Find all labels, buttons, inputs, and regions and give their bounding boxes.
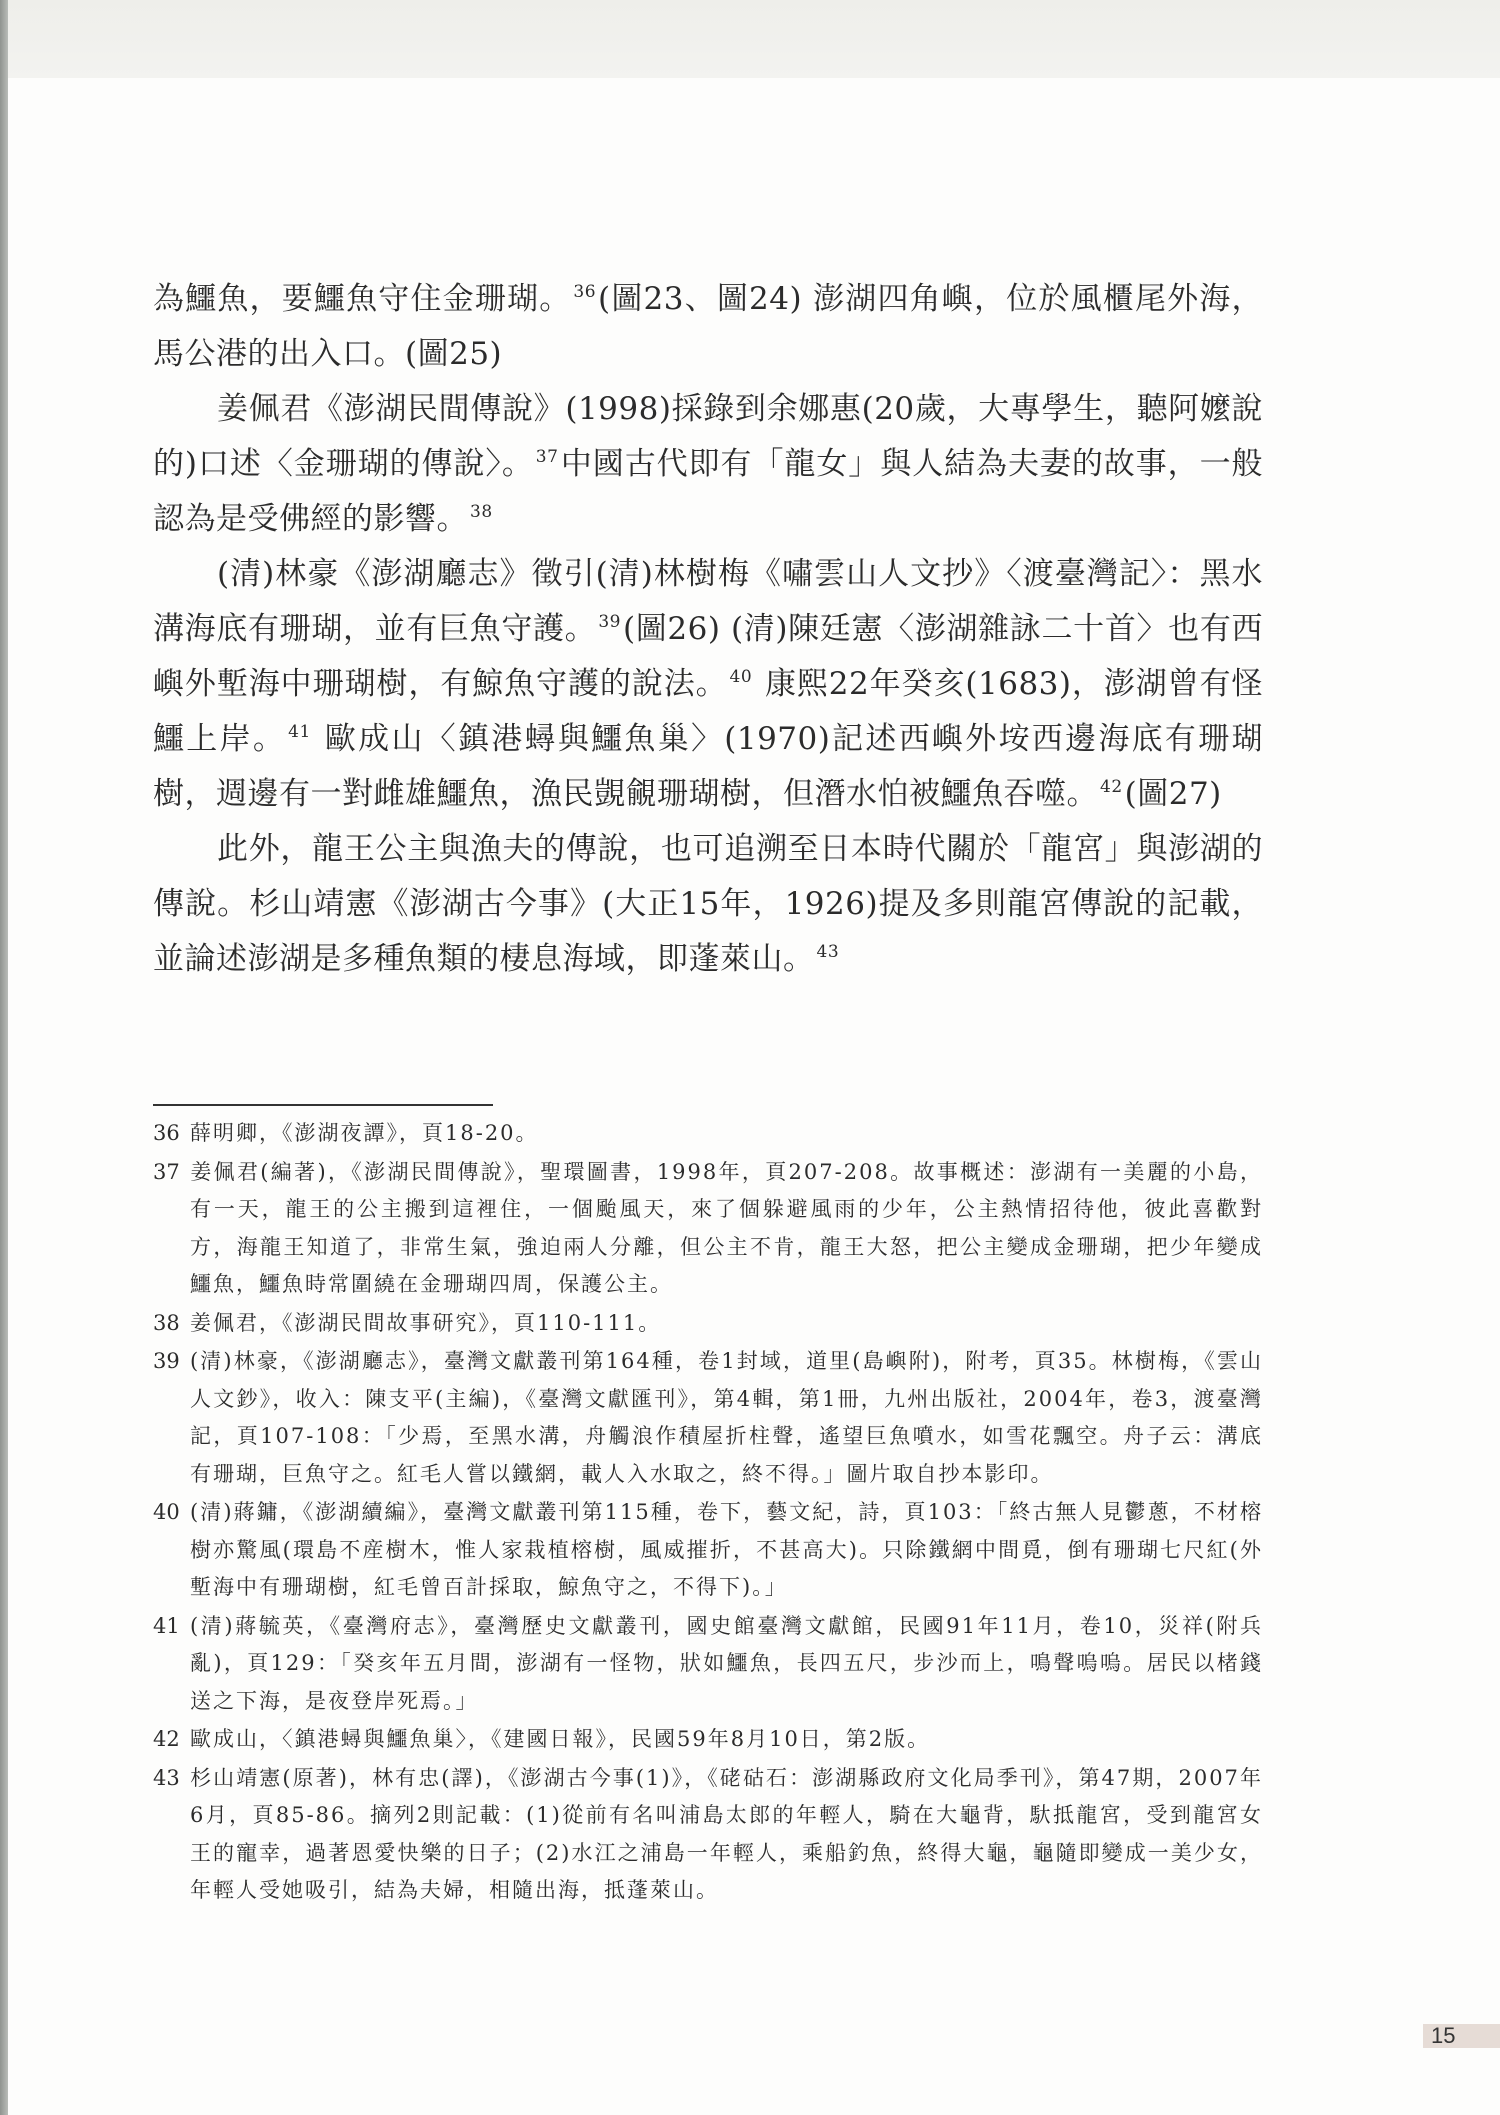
body-text-run: (圖27): [1125, 776, 1222, 812]
body-text-run: 此外，龍王公主與漁夫的傳說，也可追溯至日本時代關於「龍宮」與澎湖的傳說。杉山靖憲…: [153, 831, 1263, 977]
footnote-text: (清)蔣毓英，《臺灣府志》，臺灣歷史文獻叢刊，國史館臺灣文獻館，民國91年11月…: [190, 1614, 1263, 1713]
footnote-number: 36: [153, 1115, 190, 1153]
footnote-text: (清)蔣鏞，《澎湖續編》，臺灣文獻叢刊第115種，卷下，藝文紀，詩，頁103：「…: [190, 1500, 1263, 1599]
footnote-number: 37: [153, 1154, 190, 1192]
footnote-text: 姜佩君(編著)，《澎湖民間傳說》，聖環圖書，1998年，頁207-208。故事概…: [190, 1160, 1263, 1297]
paragraph: 為鱷魚，要鱷魚守住金珊瑚。36(圖23、圖24) 澎湖四角嶼，位於風櫃尾外海，馬…: [153, 272, 1263, 382]
footnote-40: 40(清)蔣鏞，《澎湖續編》，臺灣文獻叢刊第115種，卷下，藝文紀，詩，頁103…: [153, 1494, 1263, 1607]
scan-top-band: [0, 0, 1500, 78]
footnote-ref: 43: [817, 942, 840, 962]
footnote-38: 38姜佩君，《澎湖民間故事研究》，頁110-111。: [153, 1305, 1263, 1343]
footnote-number: 39: [153, 1343, 190, 1381]
scan-left-edge: [0, 0, 8, 2115]
footnote-42: 42歐成山，〈鎮港蟳與鱷魚巢〉，《建國日報》，民國59年8月10日，第2版。: [153, 1721, 1263, 1759]
footnotes: 36薛明卿，《澎湖夜譚》，頁18-20。 37姜佩君(編著)，《澎湖民間傳說》，…: [153, 1115, 1263, 1911]
footnote-ref: 36: [573, 282, 596, 302]
footnote-separator: [153, 1104, 493, 1106]
footnote-ref: 38: [470, 502, 493, 522]
paragraph: 姜佩君《澎湖民間傳說》(1998)採錄到余娜惠(20歲，大專學生，聽阿嬤說的)口…: [153, 382, 1263, 547]
page-number-badge: 15: [1423, 2024, 1500, 2048]
footnote-ref: 40: [730, 667, 753, 687]
body-text: 為鱷魚，要鱷魚守住金珊瑚。36(圖23、圖24) 澎湖四角嶼，位於風櫃尾外海，馬…: [153, 272, 1263, 987]
footnote-ref: 37: [536, 447, 559, 467]
footnote-41: 41(清)蔣毓英，《臺灣府志》，臺灣歷史文獻叢刊，國史館臺灣文獻館，民國91年1…: [153, 1608, 1263, 1721]
footnote-number: 43: [153, 1760, 190, 1798]
footnote-number: 42: [153, 1721, 190, 1759]
footnote-number: 41: [153, 1608, 190, 1646]
footnote-text: 歐成山，〈鎮港蟳與鱷魚巢〉，《建國日報》，民國59年8月10日，第2版。: [190, 1727, 930, 1751]
footnote-number: 38: [153, 1305, 190, 1343]
footnote-36: 36薛明卿，《澎湖夜譚》，頁18-20。: [153, 1115, 1263, 1153]
footnote-37: 37姜佩君(編著)，《澎湖民間傳說》，聖環圖書，1998年，頁207-208。故…: [153, 1154, 1263, 1304]
body-text-run: 歐成山〈鎮港蟳與鱷魚巢〉(1970)記述西嶼外垵西邊海底有珊瑚樹，週邊有一對雌雄…: [153, 721, 1263, 812]
footnote-number: 40: [153, 1494, 190, 1532]
footnote-text: 薛明卿，《澎湖夜譚》，頁18-20。: [190, 1121, 539, 1145]
footnote-ref: 39: [598, 612, 621, 632]
footnote-43: 43杉山靖憲(原著)，林有忠(譯)，《澎湖古今事(1)》，《硓𥑮石：澎湖縣政府文…: [153, 1760, 1263, 1910]
paragraph: 此外，龍王公主與漁夫的傳說，也可追溯至日本時代關於「龍宮」與澎湖的傳說。杉山靖憲…: [153, 822, 1263, 987]
footnote-text: 姜佩君，《澎湖民間故事研究》，頁110-111。: [190, 1311, 661, 1335]
footnote-39: 39(清)林豪，《澎湖廳志》，臺灣文獻叢刊第164種，卷1封域，道里(島嶼附)，…: [153, 1343, 1263, 1493]
paragraph: (清)林豪《澎湖廳志》徵引(清)林樹梅《嘯雲山人文抄》〈渡臺灣記〉：黑水溝海底有…: [153, 547, 1263, 822]
footnote-ref: 42: [1100, 777, 1123, 797]
footnote-ref: 41: [288, 722, 311, 742]
footnote-text: 杉山靖憲(原著)，林有忠(譯)，《澎湖古今事(1)》，《硓𥑮石：澎湖縣政府文化局…: [190, 1766, 1263, 1903]
body-text-run: 為鱷魚，要鱷魚守住金珊瑚。: [153, 281, 571, 317]
footnote-text: (清)林豪，《澎湖廳志》，臺灣文獻叢刊第164種，卷1封域，道里(島嶼附)，附考…: [190, 1349, 1263, 1486]
